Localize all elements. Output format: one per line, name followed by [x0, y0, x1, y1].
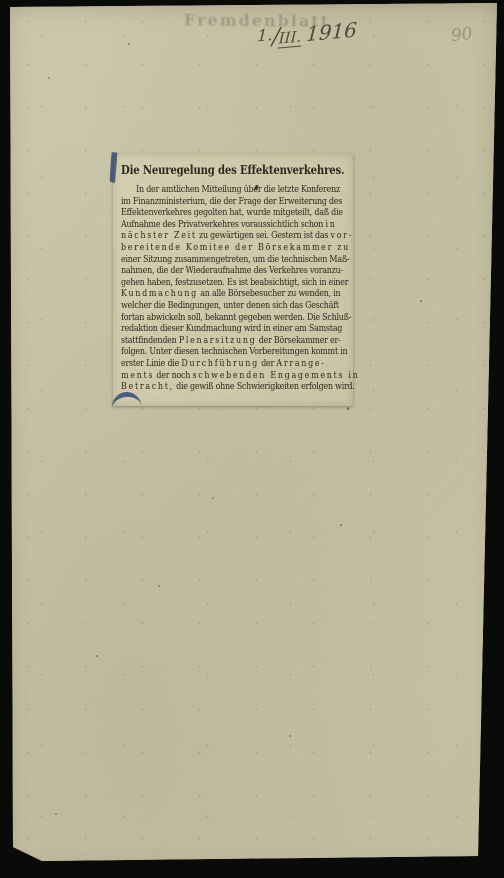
paper-speck [212, 497, 214, 499]
clipping-body-line: nächster Zeit zu gewärtigen sei. Gestern… [121, 230, 349, 242]
date-day: 1. [257, 25, 273, 45]
clipping-body: In der amtlichen Mitteilung über die let… [121, 184, 349, 393]
clipping-body-line: fortan abwickeln soll, bekannt gegeben w… [121, 312, 349, 324]
clipping-headline: Die Neuregelung des Effektenverkehres. [121, 163, 311, 177]
clipping-body-line: Betracht, die gewiß ohne Schwierigkeiten… [121, 381, 349, 393]
paper-speck [48, 77, 50, 79]
clipping-body-line: einer Sitzung zusammengetreten, um die t… [121, 254, 349, 266]
news-clipping: Die Neuregelung des Effektenverkehres. I… [113, 154, 353, 406]
paper-speck [340, 524, 342, 526]
clipping-body-line: Aufnahme des Privatverkehres voraussicht… [121, 219, 349, 231]
scan-background: Fremdenblatt 1./III.1916 90 Die Neuregel… [0, 0, 504, 878]
clipping-body-line: Kundmachung an alle Börsebesucher zu wen… [121, 288, 349, 300]
blue-pencil-mark-top [109, 152, 117, 183]
clipping-body-line: im Finanzministerium, die der Frage der … [121, 196, 349, 208]
clipping-body-line: redaktion dieser Kundmachung wird in ein… [121, 323, 349, 335]
date-month: III. [277, 27, 302, 48]
clipping-body-line: folgen. Unter diesen technischen Vorbere… [121, 346, 349, 358]
page-number-annotation: 90 [450, 24, 474, 46]
clipping-body-line: Effektenverkehres gegolten hat, wurde mi… [121, 207, 349, 219]
clipping-body-line: In der amtlichen Mitteilung über die let… [121, 184, 349, 196]
album-page: Fremdenblatt 1./III.1916 90 Die Neuregel… [0, 0, 504, 878]
paper-speck [347, 407, 349, 410]
clipping-body-line: welcher die Bedingungen, unter denen sic… [121, 300, 349, 312]
paper-speck [158, 585, 160, 587]
clipping-body-line: erster Linie die Durchführung der Arrang… [121, 358, 349, 370]
clipping-body-line: gehen haben, festzusetzen. Es ist beabsi… [121, 277, 349, 289]
paper-speck [289, 735, 291, 737]
clipping-body-line: bereitende Komitee der Börsekammer zu [121, 242, 349, 254]
paper-speck [128, 43, 130, 45]
date-year: 1916 [306, 18, 358, 47]
clipping-body-line: stattfindenden Plenarsitzung der Börseka… [121, 335, 349, 347]
blue-pencil-mark-bottom [110, 390, 142, 409]
clipping-body-line: nahmen, die der Wiederaufnahme des Verke… [121, 265, 349, 277]
paper-speck [55, 813, 57, 815]
paper-speck [96, 655, 98, 657]
clipping-body-line: ments der noch schwebenden Engagements i… [121, 370, 349, 382]
paper-speck [420, 300, 422, 302]
